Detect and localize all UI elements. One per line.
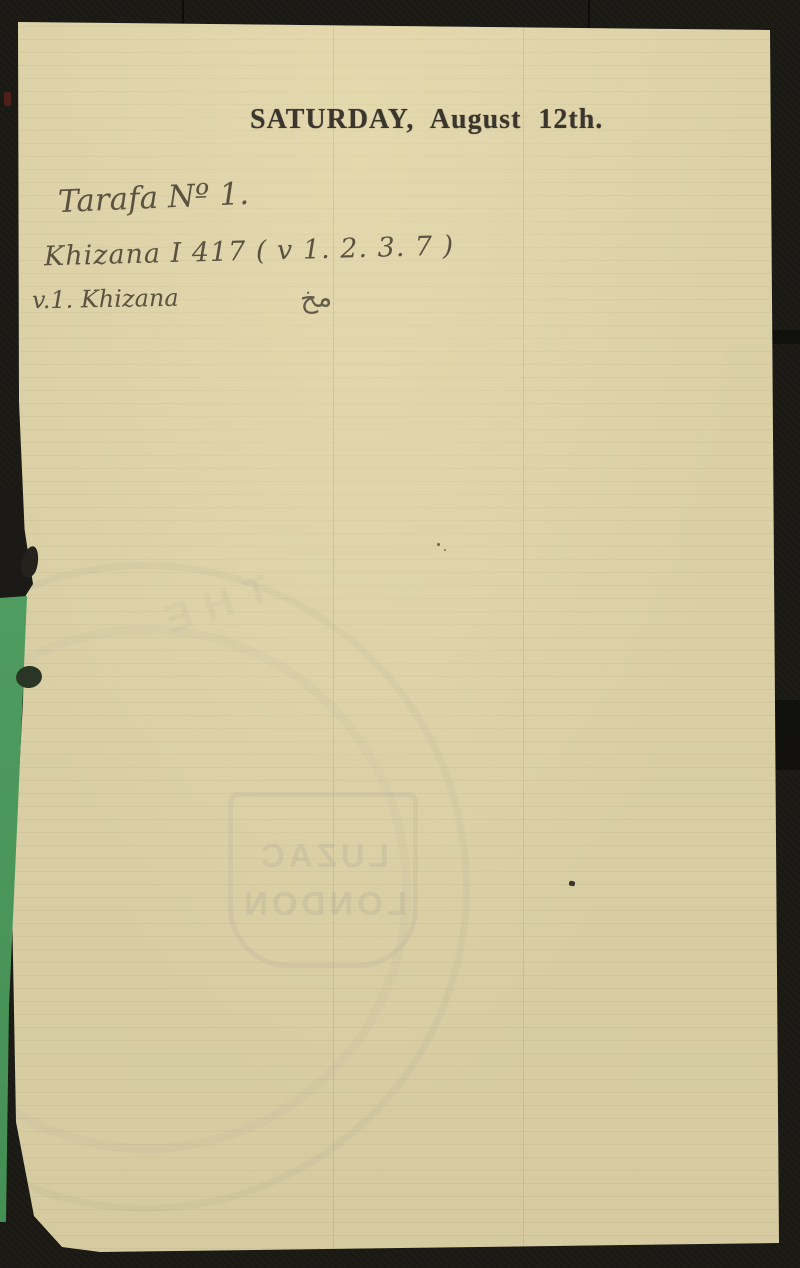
- background-shade: [770, 330, 800, 344]
- handwriting-line-2: Khizana I 417 ( v 1. 2. 3. 7 ): [44, 231, 455, 273]
- stamp-bleedthrough-line2: LONDON: [240, 885, 407, 923]
- handwriting-line-1: Tarafa Nº 1.: [57, 176, 249, 220]
- stamp-bleedthrough-line1: LUZAC: [257, 837, 389, 875]
- handwriting-arabic-note: مخ: [299, 282, 333, 315]
- column-rule-line: [523, 0, 524, 1268]
- scanned-diary-page: THE LUZAC LONDON SATURDAY, August 12th. …: [0, 0, 800, 1268]
- ink-speck: [569, 881, 576, 887]
- handwriting-line-3: v.1. Khizana: [32, 284, 179, 315]
- ink-speck: [437, 543, 440, 546]
- stamp-bleedthrough-shield: LUZAC LONDON: [228, 792, 418, 968]
- red-edge-mark: [4, 92, 11, 106]
- ink-speck: [444, 549, 446, 551]
- paper-leaf: THE LUZAC LONDON SATURDAY, August 12th. …: [0, 0, 800, 1268]
- printed-date-header: SATURDAY, August 12th.: [250, 104, 610, 136]
- background-seam: [588, 0, 590, 32]
